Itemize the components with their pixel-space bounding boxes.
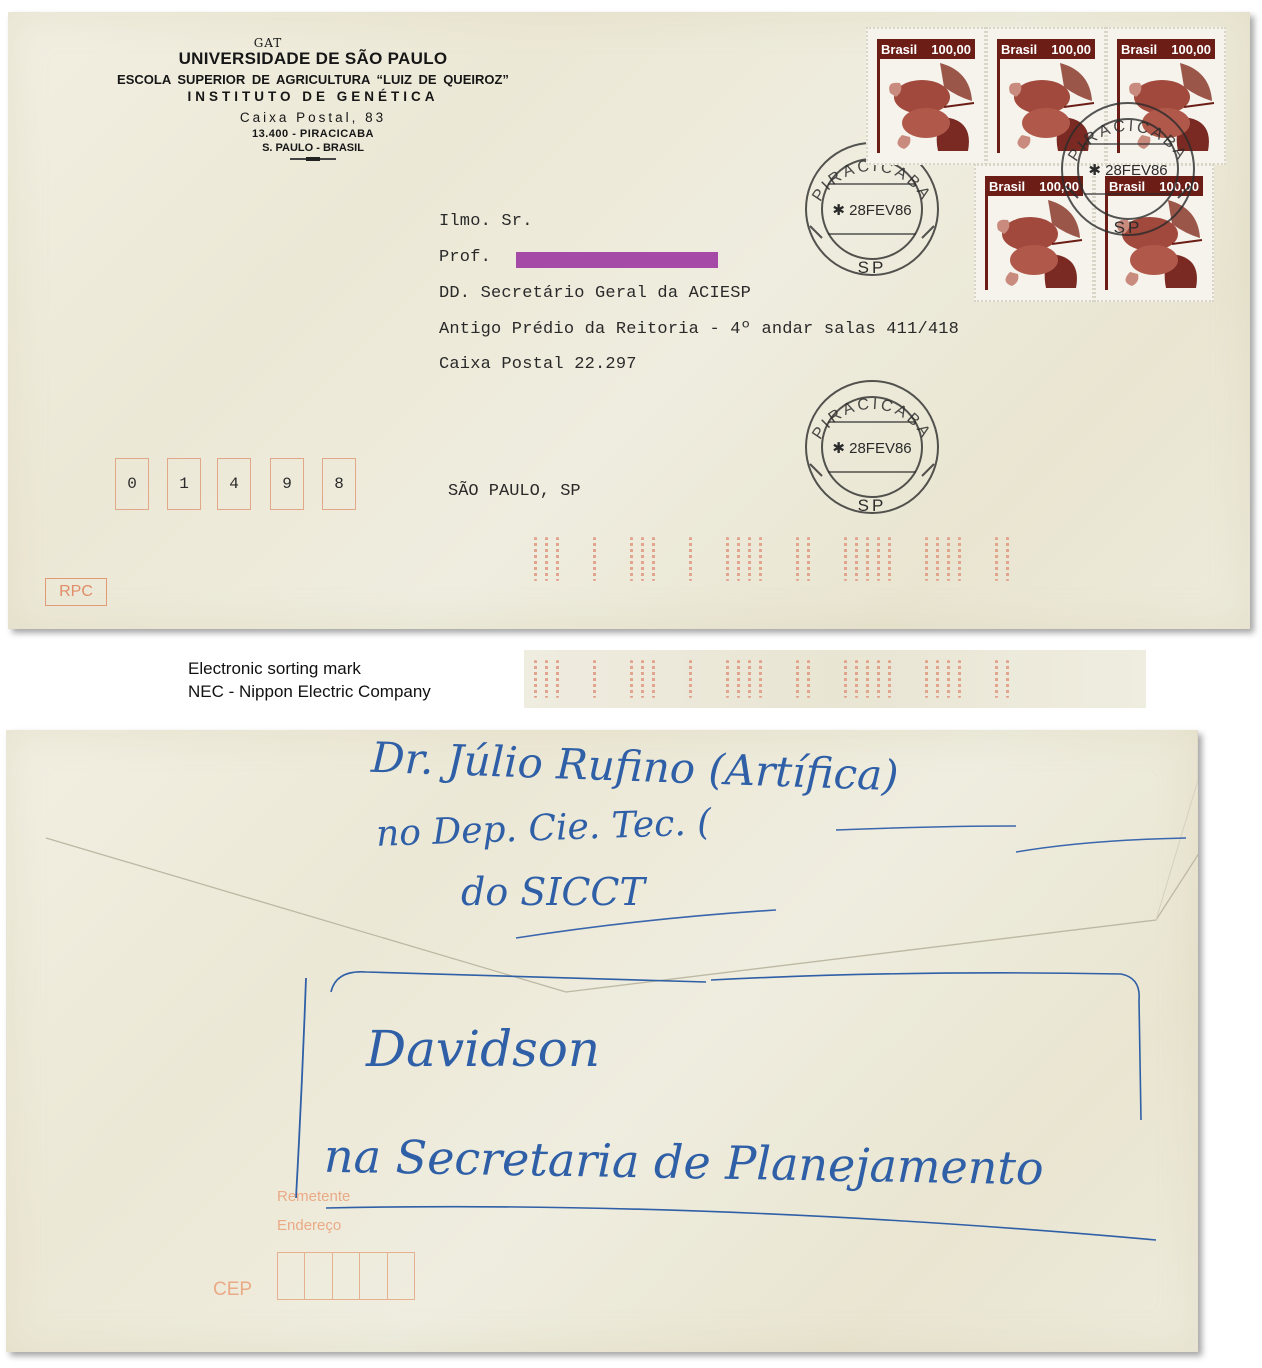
barcode-bar <box>947 660 950 698</box>
label-endereco: Endereço <box>277 1217 341 1234</box>
letterhead-postal-city: 13.400 - PIRACICABA <box>78 128 548 140</box>
cep-boxes-back <box>277 1252 415 1300</box>
svg-text:SP: SP <box>858 258 887 277</box>
address-building: Antigo Prédio da Reitoria - 4º andar sal… <box>439 320 959 339</box>
barcode-bar <box>844 537 847 581</box>
stamp-header: Brasil100,00 <box>997 39 1095 59</box>
barcode-bar <box>545 537 548 581</box>
barcode-bar <box>866 537 869 581</box>
barcode-bar <box>641 660 644 698</box>
stamp-country: Brasil <box>1121 42 1157 57</box>
sender-letterhead: GAT UNIVERSIDADE DE SÃO PAULO ESCOLA SUP… <box>78 36 548 160</box>
letterhead-code: GAT <box>0 36 548 50</box>
postmark-3: PIRACICABA✱ 28FEV86SP <box>1028 94 1228 244</box>
barcode-bar <box>726 537 729 581</box>
barcode-bar <box>925 660 928 698</box>
ornament-divider <box>290 158 336 160</box>
cep-empty-box <box>360 1253 387 1299</box>
stamp-frame-bar <box>985 194 988 290</box>
barcode-bar <box>995 660 998 698</box>
svg-text:SP: SP <box>1114 218 1143 237</box>
stamp-country: Brasil <box>1001 42 1037 57</box>
redacted-name <box>516 252 718 268</box>
barcode-bar <box>925 537 928 581</box>
stamp-country: Brasil <box>989 179 1025 194</box>
barcode-bar <box>807 660 810 698</box>
barcode-bar <box>947 537 950 581</box>
barcode-bar <box>1006 660 1009 698</box>
barcode-bar <box>593 537 596 581</box>
stamp-frame-bar <box>877 57 880 153</box>
stamp-frame-bar <box>997 57 1000 153</box>
barcode-bar <box>641 537 644 581</box>
barcode-bar <box>807 537 810 581</box>
barcode-bar <box>866 660 869 698</box>
address-salutation: Ilmo. Sr. <box>439 212 533 231</box>
stamp-header: Brasil100,00 <box>877 39 975 59</box>
stamp-value: 100,00 <box>1171 42 1211 57</box>
barcode-bar <box>759 660 762 698</box>
svg-text:PIRACICABA: PIRACICABA <box>1065 118 1190 165</box>
caption-line-1: Electronic sorting mark <box>188 657 431 680</box>
barcode-detail-strip <box>524 650 1146 708</box>
address-po-box: Caixa Postal 22.297 <box>439 355 637 374</box>
cep-digit-box: 1 <box>167 458 201 510</box>
letterhead-university: UNIVERSIDADE DE SÃO PAULO <box>78 49 548 69</box>
letterhead-school: ESCOLA SUPERIOR DE AGRICULTURA “LUIZ DE … <box>78 72 548 87</box>
barcode-bar <box>737 537 740 581</box>
barcode-bar <box>726 660 729 698</box>
barcode-bar <box>630 537 633 581</box>
barcode-bar <box>556 537 559 581</box>
svg-text:PIRACICABA: PIRACICABA <box>809 396 934 443</box>
cep-digit-box: 9 <box>270 458 304 510</box>
cep-digit-box: 4 <box>217 458 251 510</box>
barcode-bar <box>877 537 880 581</box>
barcode-bar <box>759 537 762 581</box>
barcode-bar <box>796 660 799 698</box>
barcode-bar <box>652 660 655 698</box>
barcode-bar <box>1006 537 1009 581</box>
address-role: DD. Secretário Geral da ACIESP <box>439 284 751 303</box>
barcode-bar <box>796 537 799 581</box>
barcode-bar <box>855 537 858 581</box>
cep-digit-box: 8 <box>322 458 356 510</box>
svg-text:✱ 28FEV86: ✱ 28FEV86 <box>832 202 911 219</box>
postmark-2: PIRACICABA✱ 28FEV86SP <box>772 372 972 522</box>
barcode-bar <box>593 660 596 698</box>
stamp-country: Brasil <box>881 42 917 57</box>
caption: Electronic sorting mark NEC - Nippon Ele… <box>188 657 431 703</box>
cep-empty-box <box>278 1253 305 1299</box>
barcode-bar <box>936 537 939 581</box>
barcode-bar <box>689 537 692 581</box>
barcode-bar <box>877 660 880 698</box>
envelope-back: Dr. Júlio Rufino (Artífica) no Dep. Cie.… <box>6 730 1198 1352</box>
barcode-bar <box>534 537 537 581</box>
svg-text:✱ 28FEV86: ✱ 28FEV86 <box>1088 162 1167 179</box>
barcode-bar <box>534 660 537 698</box>
stamp-value: 100,00 <box>931 42 971 57</box>
stamp-value: 100,00 <box>1051 42 1091 57</box>
barcode-bar <box>958 660 961 698</box>
address-city: SÃO PAULO, SP <box>448 482 581 501</box>
barcode-bar <box>995 537 998 581</box>
barcode-bar <box>556 660 559 698</box>
barcode-bar <box>630 660 633 698</box>
letterhead-institute: INSTITUTO DE GENÉTICA <box>78 89 548 104</box>
rpc-box: RPC <box>45 578 107 606</box>
barcode-bar <box>652 537 655 581</box>
caption-line-2: NEC - Nippon Electric Company <box>188 680 431 703</box>
cep-empty-box <box>305 1253 332 1299</box>
envelope-front: GAT UNIVERSIDADE DE SÃO PAULO ESCOLA SUP… <box>8 12 1250 629</box>
cashew-icon <box>882 57 978 153</box>
handwriting-line-4: Davidson <box>366 1020 600 1078</box>
letterhead-state-country: S. PAULO - BRASIL <box>78 142 548 154</box>
stamp-header: Brasil100,00 <box>1117 39 1215 59</box>
barcode-bar <box>958 537 961 581</box>
svg-text:✱ 28FEV86: ✱ 28FEV86 <box>832 440 911 457</box>
barcode-bar <box>844 660 847 698</box>
cep-digit-box: 0 <box>115 458 149 510</box>
label-cep: CEP <box>213 1279 252 1301</box>
cep-empty-box <box>388 1253 414 1299</box>
address-title: Prof. <box>439 248 491 267</box>
postage-stamp: Brasil100,00 <box>866 27 986 165</box>
barcode-bar <box>748 660 751 698</box>
cep-empty-box <box>333 1253 360 1299</box>
barcode-bar <box>855 660 858 698</box>
letterhead-po-box: Caixa Postal, 83 <box>78 110 548 125</box>
barcode-bar <box>545 660 548 698</box>
sorting-barcode <box>534 537 1043 581</box>
barcode-bar <box>936 660 939 698</box>
barcode-bar <box>689 660 692 698</box>
barcode-bar <box>888 537 891 581</box>
barcode-bar <box>748 537 751 581</box>
label-remetente: Remetente <box>277 1188 350 1205</box>
barcode-bar <box>888 660 891 698</box>
barcode-bar <box>737 660 740 698</box>
svg-text:SP: SP <box>858 496 887 515</box>
sorting-barcode-detail <box>534 660 1043 698</box>
handwriting-line-3: do SICCT <box>461 870 645 914</box>
